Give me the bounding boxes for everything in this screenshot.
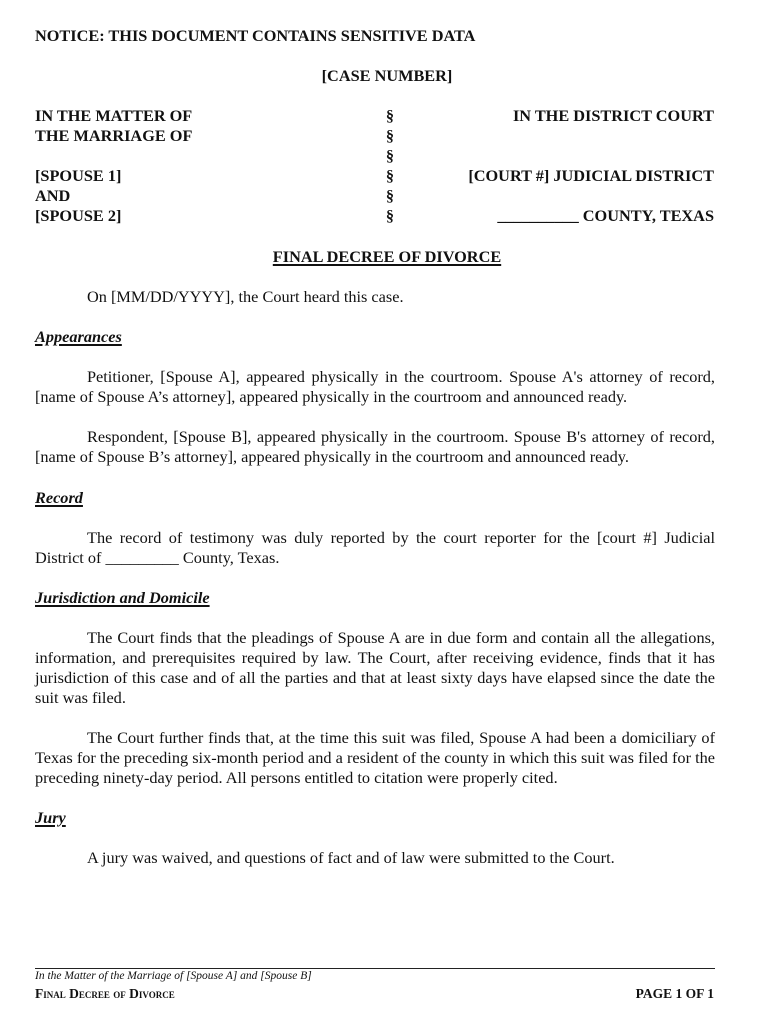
caption-county: __________ COUNTY, TEXAS <box>497 206 714 226</box>
heading-jurisdiction: Jurisdiction and Domicile <box>35 588 210 608</box>
intro-paragraph: On [MM/DD/YYYY], the Court heard this ca… <box>35 287 715 307</box>
case-number: [CASE NUMBER] <box>0 66 774 86</box>
document-title: FINAL DECREE OF DIVORCE <box>0 247 774 267</box>
county-blank: __________ <box>497 206 578 225</box>
footer-page-number: PAGE 1 OF 1 <box>636 985 714 1003</box>
caption-spouse-1: [SPOUSE 1] <box>35 166 121 186</box>
jury-paragraph: A jury was waived, and questions of fact… <box>35 848 715 868</box>
caption-judicial-district: [COURT #] JUDICIAL DISTRICT <box>468 166 714 186</box>
heading-jury: Jury <box>35 808 66 828</box>
footer-title: Final Decree of Divorce <box>35 985 175 1003</box>
footer-matter: In the Matter of the Marriage of [Spouse… <box>35 969 312 983</box>
section-symbol: § <box>385 166 395 186</box>
appearances-respondent-paragraph: Respondent, [Spouse B], appeared physica… <box>35 427 715 467</box>
section-symbol: § <box>385 106 395 126</box>
caption-and: AND <box>35 186 70 206</box>
caption-left-line-1: IN THE MATTER OF <box>35 106 192 126</box>
section-symbol: § <box>385 146 395 166</box>
section-symbol: § <box>385 186 395 206</box>
caption-spouse-2: [SPOUSE 2] <box>35 206 121 226</box>
record-paragraph: The record of testimony was duly reporte… <box>35 528 715 568</box>
jurisdiction-paragraph-1: The Court finds that the pleadings of Sp… <box>35 628 715 708</box>
county-label: COUNTY, TEXAS <box>579 206 714 225</box>
section-symbol: § <box>385 126 395 146</box>
section-symbol: § <box>385 206 395 226</box>
sensitive-data-notice: NOTICE: THIS DOCUMENT CONTAINS SENSITIVE… <box>35 26 475 46</box>
jurisdiction-paragraph-2: The Court further finds that, at the tim… <box>35 728 715 788</box>
appearances-petitioner-paragraph: Petitioner, [Spouse A], appeared physica… <box>35 367 715 407</box>
heading-appearances: Appearances <box>35 327 122 347</box>
caption-court: IN THE DISTRICT COURT <box>513 106 714 126</box>
heading-record: Record <box>35 488 83 508</box>
county-blank: _________ <box>106 548 179 567</box>
caption-left-line-2: THE MARRIAGE OF <box>35 126 192 146</box>
